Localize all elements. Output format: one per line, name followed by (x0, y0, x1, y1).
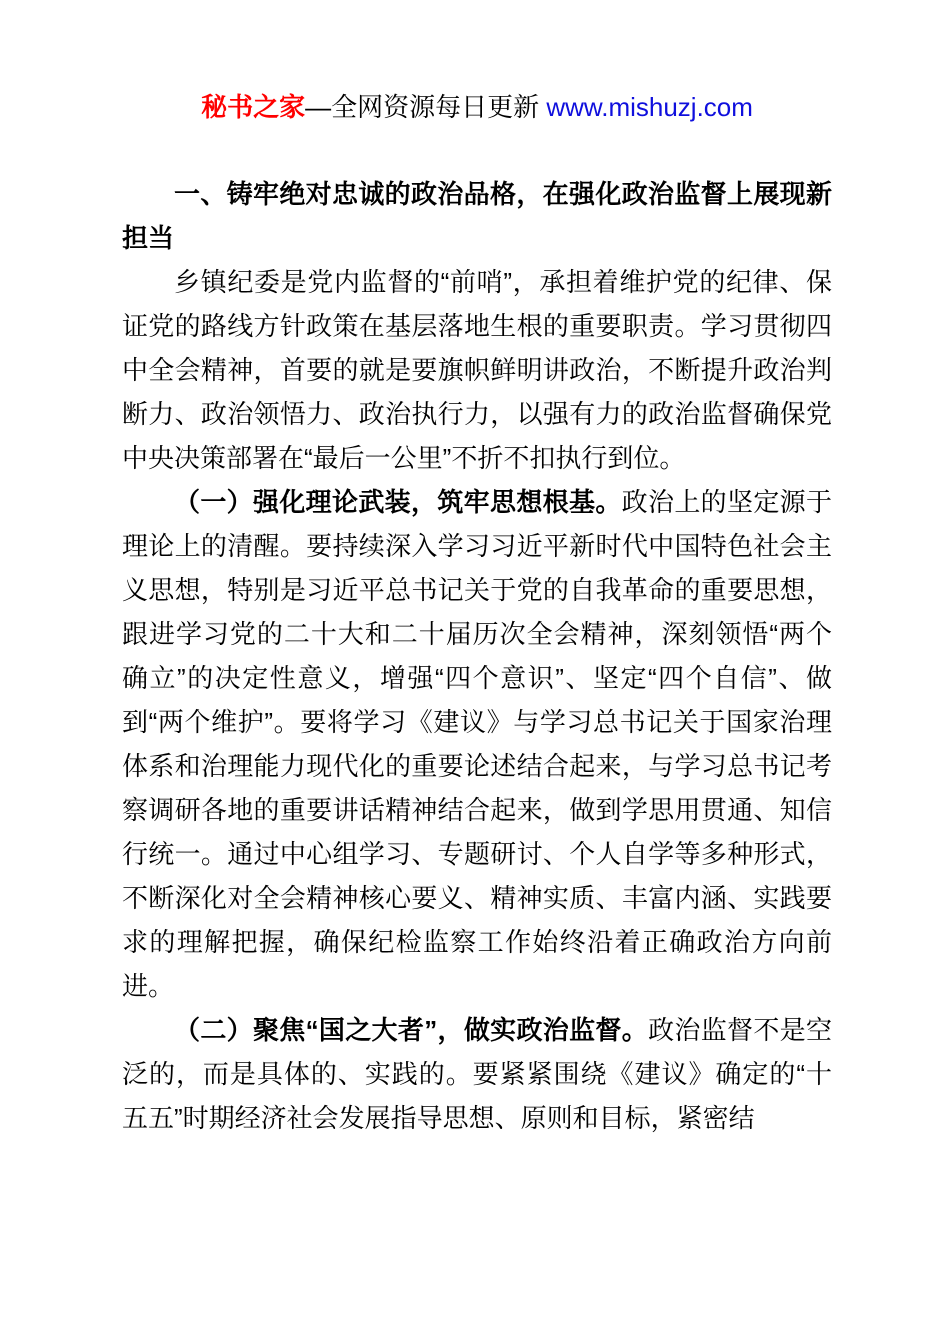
site-tagline: —全网资源每日更新 (305, 92, 546, 122)
document-page: 秘书之家—全网资源每日更新 www.mishuzj.com 一、铸牢绝对忠诚的政… (0, 0, 950, 1344)
paragraph: （二）聚焦“国之大者”，做实政治监督。政治监督不是空泛的，而是具体的、实践的。要… (122, 1008, 832, 1140)
paragraph-text: 乡镇纪委是党内监督的“前哨”，承担着维护党的纪律、保证党的路线方针政策在基层落地… (122, 267, 832, 473)
paragraph-text: 政治上的坚定源于理论上的清醒。要持续深入学习习近平新时代中国特色社会主义思想，特… (122, 487, 832, 1001)
site-header: 秘书之家—全网资源每日更新 www.mishuzj.com (122, 88, 832, 126)
paragraph: 乡镇纪委是党内监督的“前哨”，承担着维护党的纪律、保证党的路线方针政策在基层落地… (122, 260, 832, 480)
paragraph-lead-bold: （二）聚焦“国之大者”，做实政治监督。 (174, 1015, 648, 1045)
paragraph: （一）强化理论武装，筑牢思想根基。政治上的坚定源于理论上的清醒。要持续深入学习习… (122, 480, 832, 1008)
paragraph-lead-bold: （一）强化理论武装，筑牢思想根基。 (174, 487, 622, 517)
section-heading: 一、铸牢绝对忠诚的政治品格，在强化政治监督上展现新担当 (122, 172, 832, 260)
paragraph-lead-bold: 一、铸牢绝对忠诚的政治品格，在强化政治监督上展现新担当 (122, 179, 832, 253)
site-brand: 秘书之家 (201, 92, 305, 122)
document-body: 一、铸牢绝对忠诚的政治品格，在强化政治监督上展现新担当乡镇纪委是党内监督的“前哨… (122, 172, 832, 1140)
site-url[interactable]: www.mishuzj.com (546, 92, 753, 122)
